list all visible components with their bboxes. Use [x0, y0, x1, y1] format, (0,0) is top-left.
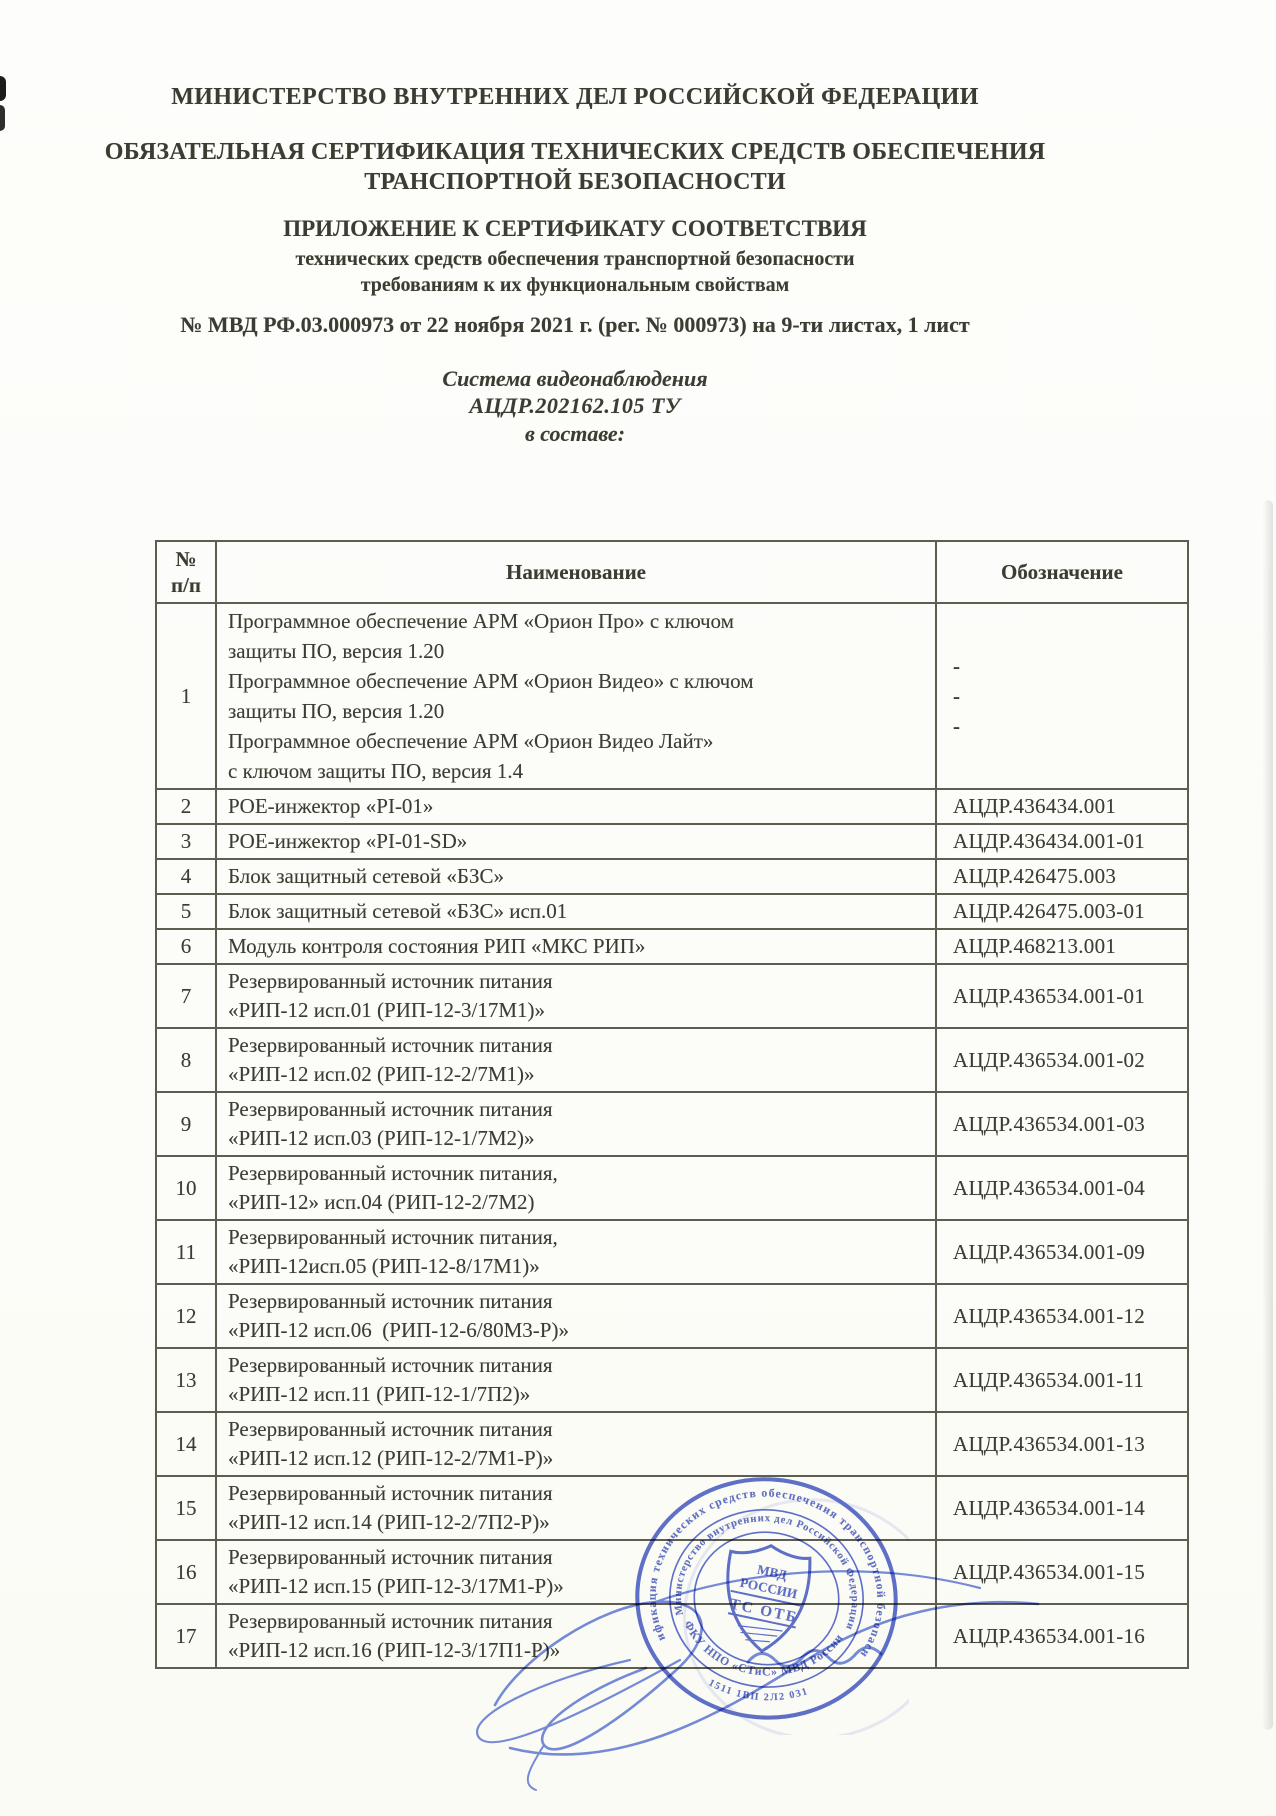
item-name-cell: POE-инжектор «PI-01»: [216, 789, 936, 824]
item-name-line: «РИП-12 исп.12 (РИП-12-2/7М1-Р)»: [228, 1444, 927, 1473]
row-number-cell: 8: [156, 1028, 216, 1092]
ministry-title: МИНИСТЕРСТВО ВНУТРЕННИХ ДЕЛ РОССИЙСКОЙ Ф…: [0, 84, 1150, 111]
item-name-line: Резервированный источник питания: [228, 967, 927, 996]
designation-cell: АЦДР.436534.001-01: [936, 964, 1188, 1028]
item-name-cell: Модуль контроля состояния РИП «МКС РИП»: [216, 929, 936, 964]
table-row: 3POE-инжектор «PI-01-SD»АЦДР.436434.001-…: [156, 824, 1188, 859]
item-name-line: Модуль контроля состояния РИП «МКС РИП»: [228, 932, 927, 961]
item-name-cell: Резервированный источник питания,«РИП-12…: [216, 1220, 936, 1284]
column-header-name: Наименование: [216, 541, 936, 603]
certification-title-1: ОБЯЗАТЕЛЬНАЯ СЕРТИФИКАЦИЯ ТЕХНИЧЕСКИХ СР…: [0, 139, 1150, 166]
designation-cell: АЦДР.436534.001-12: [936, 1284, 1188, 1348]
table-row: 13Резервированный источник питания«РИП-1…: [156, 1348, 1188, 1412]
signature-stroke: [495, 1602, 702, 1750]
designation-cell: АЦДР.436534.001-04: [936, 1156, 1188, 1220]
item-name-line: Программное обеспечение АРМ «Орион Видео…: [228, 726, 927, 756]
row-number-cell: 3: [156, 824, 216, 859]
item-name-line: «РИП-12 исп.11 (РИП-12-1/7П2)»: [228, 1380, 927, 1409]
item-name-line: «РИП-12 исп.02 (РИП-12-2/7М1)»: [228, 1060, 927, 1089]
item-name-cell: Резервированный источник питания«РИП-12 …: [216, 1284, 936, 1348]
signature-stroke: [748, 1647, 881, 1666]
item-name-line: Резервированный источник питания: [228, 1287, 927, 1316]
table-row: 6Модуль контроля состояния РИП «МКС РИП»…: [156, 929, 1188, 964]
table-row: 14Резервированный источник питания«РИП-1…: [156, 1412, 1188, 1476]
row-number-cell: 15: [156, 1476, 216, 1540]
item-name-line: Резервированный источник питания,: [228, 1159, 927, 1188]
table-row: 5Блок защитный сетевой «БЗС» исп.01АЦДР.…: [156, 894, 1188, 929]
column-header-number: № п/п: [156, 541, 216, 603]
composition-label: в составе:: [0, 421, 1150, 447]
designation-cell: АЦДР.436534.001-09: [936, 1220, 1188, 1284]
item-name-line: Резервированный источник питания,: [228, 1223, 927, 1252]
item-name-line: «РИП-12исп.05 (РИП-12-8/17М1)»: [228, 1252, 927, 1281]
signature-stroke: [510, 1602, 1038, 1754]
item-name-line: «РИП-12 исп.06 (РИП-12-6/80М3-Р)»: [228, 1316, 927, 1345]
row-number-cell: 17: [156, 1604, 216, 1668]
item-name-line: Блок защитный сетевой «БЗС»: [228, 862, 927, 891]
row-number-cell: 1: [156, 603, 216, 789]
item-name-cell: POE-инжектор «PI-01-SD»: [216, 824, 936, 859]
item-name-line: Резервированный источник питания: [228, 1415, 927, 1444]
row-number-cell: 12: [156, 1284, 216, 1348]
item-name-line: Резервированный источник питания: [228, 1031, 927, 1060]
row-number-cell: 2: [156, 789, 216, 824]
row-number-cell: 13: [156, 1348, 216, 1412]
system-name: Система видеонаблюдения: [0, 366, 1150, 392]
certificate-number: № МВД РФ.03.000973 от 22 ноября 2021 г. …: [0, 312, 1150, 338]
item-name-line: Программное обеспечение АРМ «Орион Про» …: [228, 606, 927, 636]
signature: [450, 1540, 1090, 1800]
row-number-cell: 9: [156, 1092, 216, 1156]
item-name-line: с ключом защиты ПО, версия 1.4: [228, 756, 927, 786]
table-row: 10Резервированный источник питания,«РИП-…: [156, 1156, 1188, 1220]
item-name-line: «РИП-12» исп.04 (РИП-12-2/7М2): [228, 1188, 927, 1217]
table-header-row: № п/п Наименование Обозначение: [156, 541, 1188, 603]
document-page: МИНИСТЕРСТВО ВНУТРЕННИХ ДЕЛ РОССИЙСКОЙ Ф…: [0, 0, 1276, 1816]
table-row: 1Программное обеспечение АРМ «Орион Про»…: [156, 603, 1188, 789]
table-row: 8Резервированный источник питания«РИП-12…: [156, 1028, 1188, 1092]
empty-designation-dash: -: [953, 651, 1183, 681]
row-number-cell: 6: [156, 929, 216, 964]
row-number-cell: 10: [156, 1156, 216, 1220]
designation-cell: АЦДР.468213.001: [936, 929, 1188, 964]
item-name-cell: Резервированный источник питания«РИП-12 …: [216, 1028, 936, 1092]
appendix-subtitle-1: технических средств обеспечения транспор…: [0, 248, 1150, 271]
item-name-line: POE-инжектор «PI-01»: [228, 792, 927, 821]
row-number-cell: 7: [156, 964, 216, 1028]
designation-cell: АЦДР.436434.001: [936, 789, 1188, 824]
row-number-cell: 14: [156, 1412, 216, 1476]
table-row: 11Резервированный источник питания,«РИП-…: [156, 1220, 1188, 1284]
designation-cell: АЦДР.426475.003: [936, 859, 1188, 894]
item-name-cell: Резервированный источник питания«РИП-12 …: [216, 1412, 936, 1476]
appendix-title: ПРИЛОЖЕНИЕ К СЕРТИФИКАТУ СООТВЕТСТВИЯ: [0, 216, 1150, 242]
column-header-designation: Обозначение: [936, 541, 1188, 603]
item-name-cell: Резервированный источник питания«РИП-12 …: [216, 1348, 936, 1412]
designation-cell: АЦДР.436534.001-03: [936, 1092, 1188, 1156]
item-name-cell: Резервированный источник питания,«РИП-12…: [216, 1156, 936, 1220]
designation-cell: АЦДР.436534.001-11: [936, 1348, 1188, 1412]
item-name-cell: Блок защитный сетевой «БЗС» исп.01: [216, 894, 936, 929]
designation-cell: АЦДР.426475.003-01: [936, 894, 1188, 929]
item-name-line: Резервированный источник питания: [228, 1351, 927, 1380]
row-number-cell: 16: [156, 1540, 216, 1604]
item-name-line: Резервированный источник питания: [228, 1095, 927, 1124]
column-header-number-line2: п/п: [157, 572, 215, 598]
row-number-cell: 4: [156, 859, 216, 894]
appendix-subtitle-2: требованиям к их функциональным свойства…: [0, 274, 1150, 297]
item-name-line: защиты ПО, версия 1.20: [228, 696, 927, 726]
item-name-line: Программное обеспечение АРМ «Орион Видео…: [228, 666, 927, 696]
certification-title-2: ТРАНСПОРТНОЙ БЕЗОПАСНОСТИ: [0, 169, 1150, 196]
item-name-line: POE-инжектор «PI-01-SD»: [228, 827, 927, 856]
empty-designation-dash: -: [953, 681, 1183, 711]
table-row: 9Резервированный источник питания«РИП-12…: [156, 1092, 1188, 1156]
item-name-line: «РИП-12 исп.03 (РИП-12-1/7М2)»: [228, 1124, 927, 1153]
empty-designation-dash: -: [953, 711, 1183, 741]
table-row: 4Блок защитный сетевой «БЗС»АЦДР.426475.…: [156, 859, 1188, 894]
item-name-cell: Блок защитный сетевой «БЗС»: [216, 859, 936, 894]
signature-stroke: [655, 1571, 980, 1602]
item-name-cell: Резервированный источник питания«РИП-12 …: [216, 1092, 936, 1156]
table-row: 7Резервированный источник питания«РИП-12…: [156, 964, 1188, 1028]
item-name-line: «РИП-12 исп.01 (РИП-12-3/17М1)»: [228, 996, 927, 1025]
scan-shadow: [1262, 500, 1273, 1730]
designation-cell: ---: [936, 603, 1188, 789]
item-name-cell: Программное обеспечение АРМ «Орион Про» …: [216, 603, 936, 789]
row-number-cell: 11: [156, 1220, 216, 1284]
designation-cell: АЦДР.436534.001-14: [936, 1476, 1188, 1540]
column-header-number-line1: №: [157, 546, 215, 572]
designation-cell: АЦДР.436434.001-01: [936, 824, 1188, 859]
designation-cell: АЦДР.436534.001-02: [936, 1028, 1188, 1092]
item-name-cell: Резервированный источник питания«РИП-12 …: [216, 964, 936, 1028]
item-name-line: защиты ПО, версия 1.20: [228, 636, 927, 666]
row-number-cell: 5: [156, 894, 216, 929]
item-name-line: Блок защитный сетевой «БЗС» исп.01: [228, 897, 927, 926]
system-doc-code: АЦДР.202162.105 ТУ: [0, 393, 1150, 419]
table-row: 12Резервированный источник питания«РИП-1…: [156, 1284, 1188, 1348]
designation-cell: АЦДР.436534.001-13: [936, 1412, 1188, 1476]
table-row: 2POE-инжектор «PI-01»АЦДР.436434.001: [156, 789, 1188, 824]
